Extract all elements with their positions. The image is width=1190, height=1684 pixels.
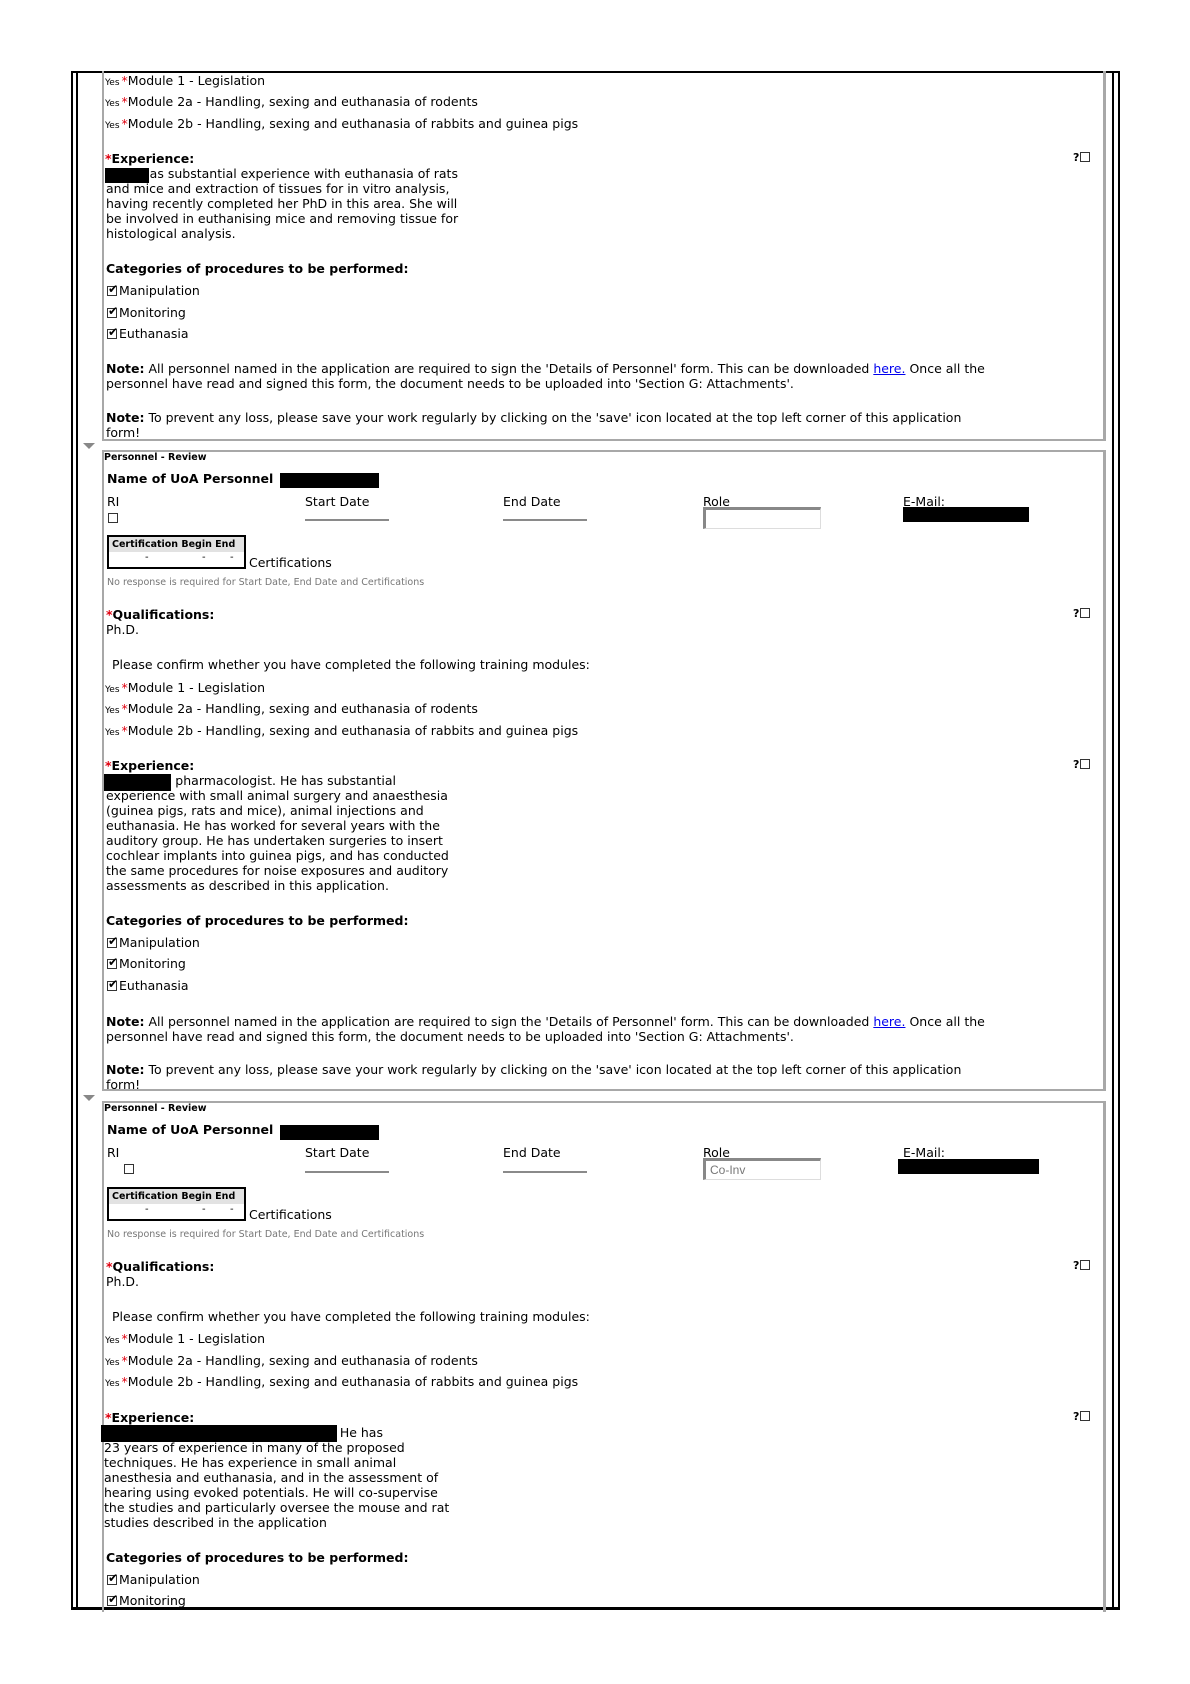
certification-table-header: Certification Begin End [109, 1189, 244, 1204]
section-title: Personnel - Review [104, 1103, 206, 1114]
help-icon: ? [1073, 151, 1079, 164]
email-label: E-Mail: [903, 1145, 945, 1160]
role-input[interactable]: Co-Inv [703, 1158, 821, 1180]
module-answer: Yes [105, 1336, 120, 1346]
procedure-checkbox-row[interactable]: Monitoring [107, 956, 186, 971]
personnel-panel-2 [102, 450, 1106, 1091]
help-icon: ? [1073, 758, 1079, 771]
qualifications-value: Ph.D. [106, 1274, 139, 1289]
section-title: Personnel - Review [104, 452, 206, 463]
personnel-form-note-line2: personnel have read and signed this form… [106, 1029, 794, 1044]
module-row: Yes*Module 2b - Handling, sexing and eut… [105, 116, 578, 131]
experience-label-text: Experience: [112, 758, 195, 773]
experience-label-text: Experience: [112, 151, 195, 166]
note-text: All personnel named in the application a… [145, 361, 874, 376]
certification-table-header: Certification Begin End [109, 537, 244, 552]
checkbox-checked-icon[interactable] [107, 1596, 117, 1606]
start-date-label: Start Date [305, 1145, 369, 1160]
checkbox-checked-icon[interactable] [107, 981, 117, 991]
help-button[interactable]: ? [1073, 1410, 1090, 1423]
module-label: Module 2a - Handling, sexing and euthana… [128, 94, 478, 109]
checkbox-checked-icon[interactable] [107, 959, 117, 969]
procedure-checkbox-row[interactable]: Euthanasia [107, 978, 189, 993]
download-form-link[interactable]: here. [873, 1014, 905, 1029]
note-text: All personnel named in the application a… [145, 1014, 874, 1029]
module-label: Module 2b - Handling, sexing and euthana… [128, 116, 578, 131]
procedure-label: Manipulation [119, 283, 200, 298]
note-text: Once all the [905, 1014, 984, 1029]
checkbox-checked-icon[interactable] [107, 1575, 117, 1585]
ri-label: RI [107, 1145, 119, 1160]
module-label: Module 2b - Handling, sexing and euthana… [128, 723, 578, 738]
checkbox-checked-icon[interactable] [107, 286, 117, 296]
experience-label-text: Experience: [112, 1410, 195, 1425]
start-date-field[interactable] [305, 1171, 389, 1173]
role-input[interactable] [703, 507, 821, 529]
procedure-label: Monitoring [119, 1593, 186, 1608]
note-label: Note: [106, 1014, 145, 1029]
checkbox-checked-icon[interactable] [107, 308, 117, 318]
module-label: Module 2a - Handling, sexing and euthana… [128, 1353, 478, 1368]
redacted-name [101, 1425, 337, 1442]
experience-text: has substantial experience with euthanas… [106, 166, 458, 241]
certification-table: Certification Begin End - - - [107, 1187, 246, 1221]
end-date-label: End Date [503, 1145, 561, 1160]
collapse-arrow-icon[interactable] [83, 443, 95, 449]
save-note-line2: form! [106, 1077, 140, 1092]
cert-cell: - [145, 1204, 149, 1215]
procedure-label: Euthanasia [119, 978, 189, 993]
no-response-note: No response is required for Start Date, … [107, 577, 424, 588]
certifications-label: Certifications [249, 1207, 332, 1222]
redacted-name [105, 168, 149, 183]
redacted-name [104, 774, 171, 791]
procedure-checkbox-row[interactable]: Monitoring [107, 305, 186, 320]
experience-label: *Experience: [105, 758, 194, 773]
module-row: Yes*Module 2a - Handling, sexing and eut… [105, 1353, 478, 1368]
redacted-name [280, 1125, 379, 1140]
end-date-label: End Date [503, 494, 561, 509]
module-row: Yes*Module 1 - Legislation [105, 680, 265, 695]
checkbox-checked-icon[interactable] [107, 329, 117, 339]
name-label: Name of UoA Personnel [107, 1122, 273, 1137]
qualifications-label: *Qualifications: [106, 607, 214, 622]
no-response-note: No response is required for Start Date, … [107, 1229, 424, 1240]
module-answer: Yes [105, 78, 120, 88]
procedure-checkbox-row[interactable]: Euthanasia [107, 326, 189, 341]
cert-cell: - [202, 552, 206, 563]
qualifications-label-text: Qualifications: [113, 607, 215, 622]
module-answer: Yes [105, 99, 120, 109]
frame-right-inner-line [1112, 71, 1114, 1610]
module-label: Module 1 - Legislation [128, 1331, 265, 1346]
note-label: Note: [106, 361, 145, 376]
qualifications-label: *Qualifications: [106, 1259, 214, 1274]
module-row: Yes*Module 1 - Legislation [105, 1331, 265, 1346]
procedure-checkbox-row[interactable]: Manipulation [107, 935, 200, 950]
note-text: To prevent any loss, please save your wo… [145, 410, 962, 425]
certification-table-row: - - - [109, 552, 244, 567]
note-label: Note: [106, 410, 145, 425]
ri-checkbox[interactable] [124, 1164, 134, 1174]
save-note: Note: To prevent any loss, please save y… [106, 1062, 961, 1077]
module-label: Module 2b - Handling, sexing and euthana… [128, 1374, 578, 1389]
start-date-field[interactable] [305, 519, 389, 521]
redacted-email [903, 507, 1029, 522]
note-text: To prevent any loss, please save your wo… [145, 1062, 962, 1077]
procedure-checkbox-row[interactable]: Manipulation [107, 283, 200, 298]
redacted-name [280, 473, 379, 488]
frame-left-inner-line [76, 71, 78, 1610]
cert-cell: - [230, 552, 234, 563]
help-icon: ? [1073, 607, 1079, 620]
end-date-field[interactable] [503, 519, 587, 521]
help-button[interactable]: ? [1073, 607, 1090, 620]
personnel-form-note: Note: All personnel named in the applica… [106, 361, 985, 376]
procedure-label: Manipulation [119, 935, 200, 950]
checkbox-checked-icon[interactable] [107, 938, 117, 948]
collapse-arrow-icon[interactable] [83, 1095, 95, 1101]
experience-label: *Experience: [105, 1410, 194, 1425]
procedure-label: Monitoring [119, 305, 186, 320]
help-button[interactable]: ? [1073, 1259, 1090, 1272]
start-date-label: Start Date [305, 494, 369, 509]
module-row: Yes*Module 2b - Handling, sexing and eut… [105, 1374, 578, 1389]
cert-cell: - [230, 1204, 234, 1215]
module-label: Module 1 - Legislation [128, 680, 265, 695]
expand-box-icon [1080, 608, 1090, 618]
categories-label: Categories of procedures to be performed… [106, 1550, 408, 1565]
personnel-form-note-line2: personnel have read and signed this form… [106, 376, 794, 391]
expand-box-icon [1080, 152, 1090, 162]
module-row: Yes*Module 2a - Handling, sexing and eut… [105, 701, 478, 716]
save-note-line2: form! [106, 425, 140, 440]
module-label: Module 1 - Legislation [128, 73, 265, 88]
certification-table-row: - - - [109, 1204, 244, 1219]
procedure-label: Monitoring [119, 956, 186, 971]
cert-cell: - [202, 1204, 206, 1215]
cert-cell: - [145, 552, 149, 563]
experience-label: *Experience: [105, 151, 194, 166]
module-answer: Yes [105, 728, 120, 738]
training-modules-prompt: Please confirm whether you have complete… [112, 1309, 590, 1324]
experience-text: is a pharmacologist. He has substantial … [106, 773, 449, 893]
categories-label: Categories of procedures to be performed… [106, 261, 408, 276]
expand-box-icon [1080, 1411, 1090, 1421]
module-row: Yes*Module 2a - Handling, sexing and eut… [105, 94, 478, 109]
procedure-checkbox-row[interactable]: Manipulation [107, 1572, 200, 1587]
personnel-form-note: Note: All personnel named in the applica… [106, 1014, 985, 1029]
module-answer: Yes [105, 1379, 120, 1389]
qualifications-label-text: Qualifications: [113, 1259, 215, 1274]
training-modules-prompt: Please confirm whether you have complete… [112, 657, 590, 672]
module-answer: Yes [105, 685, 120, 695]
redacted-email [898, 1159, 1039, 1174]
module-row: Yes*Module 2b - Handling, sexing and eut… [105, 723, 578, 738]
note-text: Once all the [905, 361, 984, 376]
name-label: Name of UoA Personnel [107, 471, 273, 486]
qualifications-value: Ph.D. [106, 622, 139, 637]
module-row: Yes*Module 1 - Legislation [105, 73, 265, 88]
module-label: Module 2a - Handling, sexing and euthana… [128, 701, 478, 716]
end-date-field[interactable] [503, 1171, 587, 1173]
help-icon: ? [1073, 1259, 1079, 1272]
help-button[interactable]: ? [1073, 151, 1090, 164]
procedure-checkbox-row[interactable]: Monitoring [107, 1593, 186, 1608]
ri-checkbox[interactable] [108, 513, 118, 523]
categories-label: Categories of procedures to be performed… [106, 913, 408, 928]
ri-label: RI [107, 494, 119, 509]
module-answer: Yes [105, 121, 120, 131]
help-icon: ? [1073, 1410, 1079, 1423]
download-form-link[interactable]: here. [873, 361, 905, 376]
help-button[interactable]: ? [1073, 758, 1090, 771]
expand-box-icon [1080, 759, 1090, 769]
certifications-label: Certifications [249, 555, 332, 570]
certification-table: Certification Begin End - - - [107, 535, 246, 569]
module-answer: Yes [105, 1358, 120, 1368]
procedure-label: Euthanasia [119, 326, 189, 341]
save-note: Note: To prevent any loss, please save y… [106, 410, 961, 425]
module-answer: Yes [105, 706, 120, 716]
note-label: Note: [106, 1062, 145, 1077]
procedure-label: Manipulation [119, 1572, 200, 1587]
expand-box-icon [1080, 1260, 1090, 1270]
